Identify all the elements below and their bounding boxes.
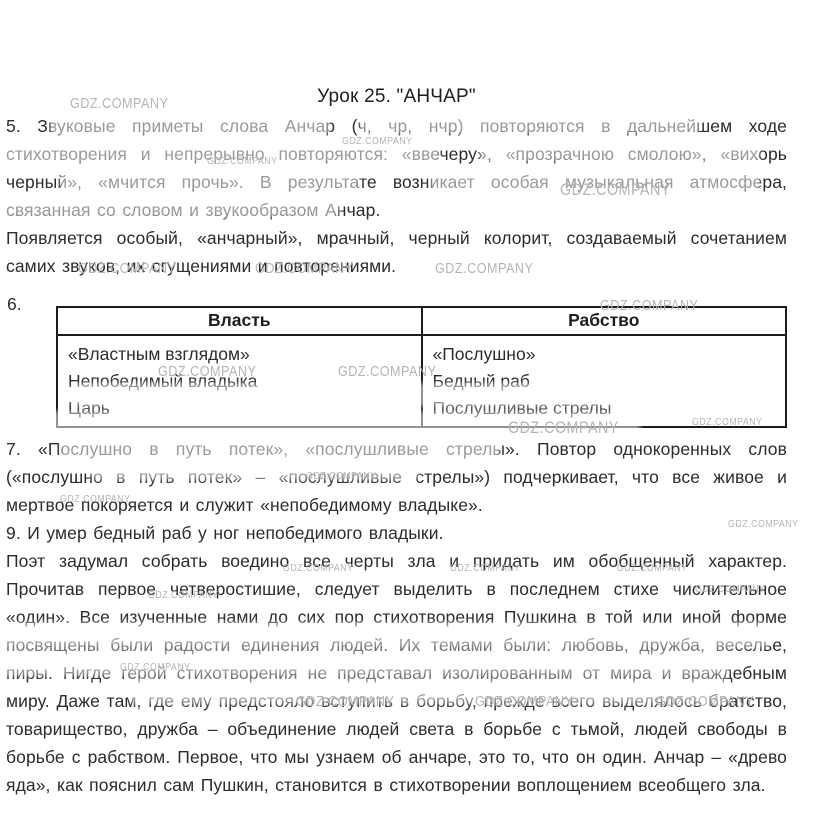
page-title: Урок 25. "АНЧАР" bbox=[6, 86, 787, 108]
table-row: Непобедимый владыка Бедный раб bbox=[57, 368, 786, 395]
table-cell: Непобедимый владыка bbox=[57, 368, 422, 395]
table-cell: Бедный раб bbox=[422, 368, 787, 395]
table-header-row: Власть Рабство bbox=[57, 307, 786, 335]
table-cell: Послушливые стрелы bbox=[422, 395, 787, 427]
document-page: Урок 25. "АНЧАР" 5. Звуковые приметы сло… bbox=[0, 0, 823, 818]
paragraph-7: 7. «Послушно в путь потек», «послушливые… bbox=[6, 435, 787, 519]
item-6-number: 6. bbox=[7, 294, 22, 315]
table-cell: Царь bbox=[57, 395, 422, 427]
paragraph-9: 9. И умер бедный раб у ног непобедимого … bbox=[6, 519, 787, 547]
paragraph-color: Появляется особый, «анчарный», мрачный, … bbox=[6, 224, 787, 280]
item-6: 6. Власть Рабство «Властным взглядом» «П… bbox=[6, 282, 787, 428]
paragraph-final: Поэт задумал собрать воедино все черты з… bbox=[6, 547, 787, 799]
paragraph-5: 5. Звуковые приметы слова Анчар (ч, чр, … bbox=[6, 112, 787, 224]
table-row: Царь Послушливые стрелы bbox=[57, 395, 786, 427]
power-slavery-table: Власть Рабство «Властным взглядом» «Посл… bbox=[56, 306, 787, 428]
table-cell: «Властным взглядом» bbox=[57, 335, 422, 368]
table-row: «Властным взглядом» «Послушно» bbox=[57, 335, 786, 368]
table-header-slavery: Рабство bbox=[422, 307, 787, 335]
table-cell: «Послушно» bbox=[422, 335, 787, 368]
document-content: Урок 25. "АНЧАР" 5. Звуковые приметы сло… bbox=[6, 86, 787, 799]
table-header-power: Власть bbox=[57, 307, 422, 335]
